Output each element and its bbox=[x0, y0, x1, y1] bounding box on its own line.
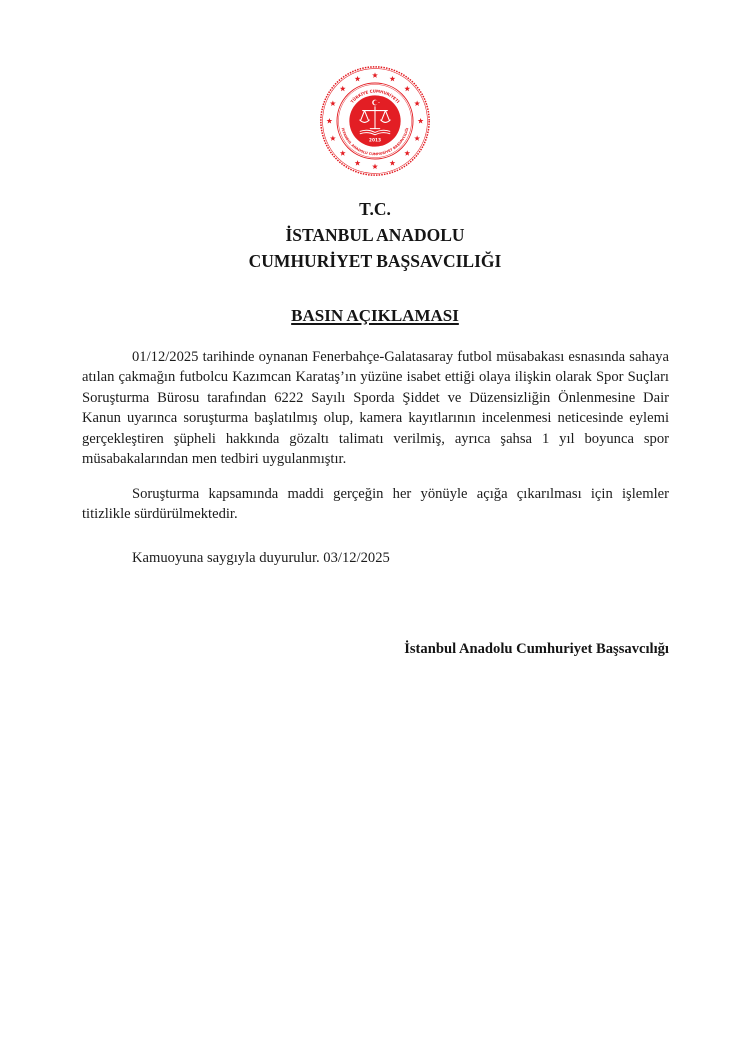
body-paragraph-2: Soruşturma kapsamında maddi gerçeğin her… bbox=[82, 484, 669, 525]
justice-scales-seal-icon: TÜRKİYE CUMHURİYETİ İSTANBUL ANADOLU CUM… bbox=[318, 64, 432, 178]
svg-text:2013: 2013 bbox=[369, 137, 381, 143]
header-tc: T.C. bbox=[0, 196, 750, 222]
press-release-title: BASIN AÇIKLAMASI bbox=[291, 306, 459, 325]
signature: İstanbul Anadolu Cumhuriyet Başsavcılığı bbox=[404, 639, 669, 659]
body-paragraph-3: Kamuoyuna saygıyla duyurulur. 03/12/2025 bbox=[82, 548, 669, 568]
header-istanbul-anadolu: İSTANBUL ANADOLU bbox=[0, 222, 750, 248]
paragraph-text: Soruşturma kapsamında maddi gerçeğin her… bbox=[82, 484, 669, 525]
header-cumhuriyet-bassavciligi: CUMHURİYET BAŞSAVCILIĞI bbox=[0, 248, 750, 274]
document-title: BASIN AÇIKLAMASI bbox=[0, 305, 750, 327]
body-paragraph-1: 01/12/2025 tarihinde oynanan Fenerbahçe-… bbox=[82, 347, 669, 469]
paragraph-text: 01/12/2025 tarihinde oynanan Fenerbahçe-… bbox=[82, 347, 669, 469]
institution-header: T.C. İSTANBUL ANADOLU CUMHURİYET BAŞSAVC… bbox=[0, 196, 750, 274]
paragraph-text: Kamuoyuna saygıyla duyurulur. 03/12/2025 bbox=[82, 548, 669, 568]
